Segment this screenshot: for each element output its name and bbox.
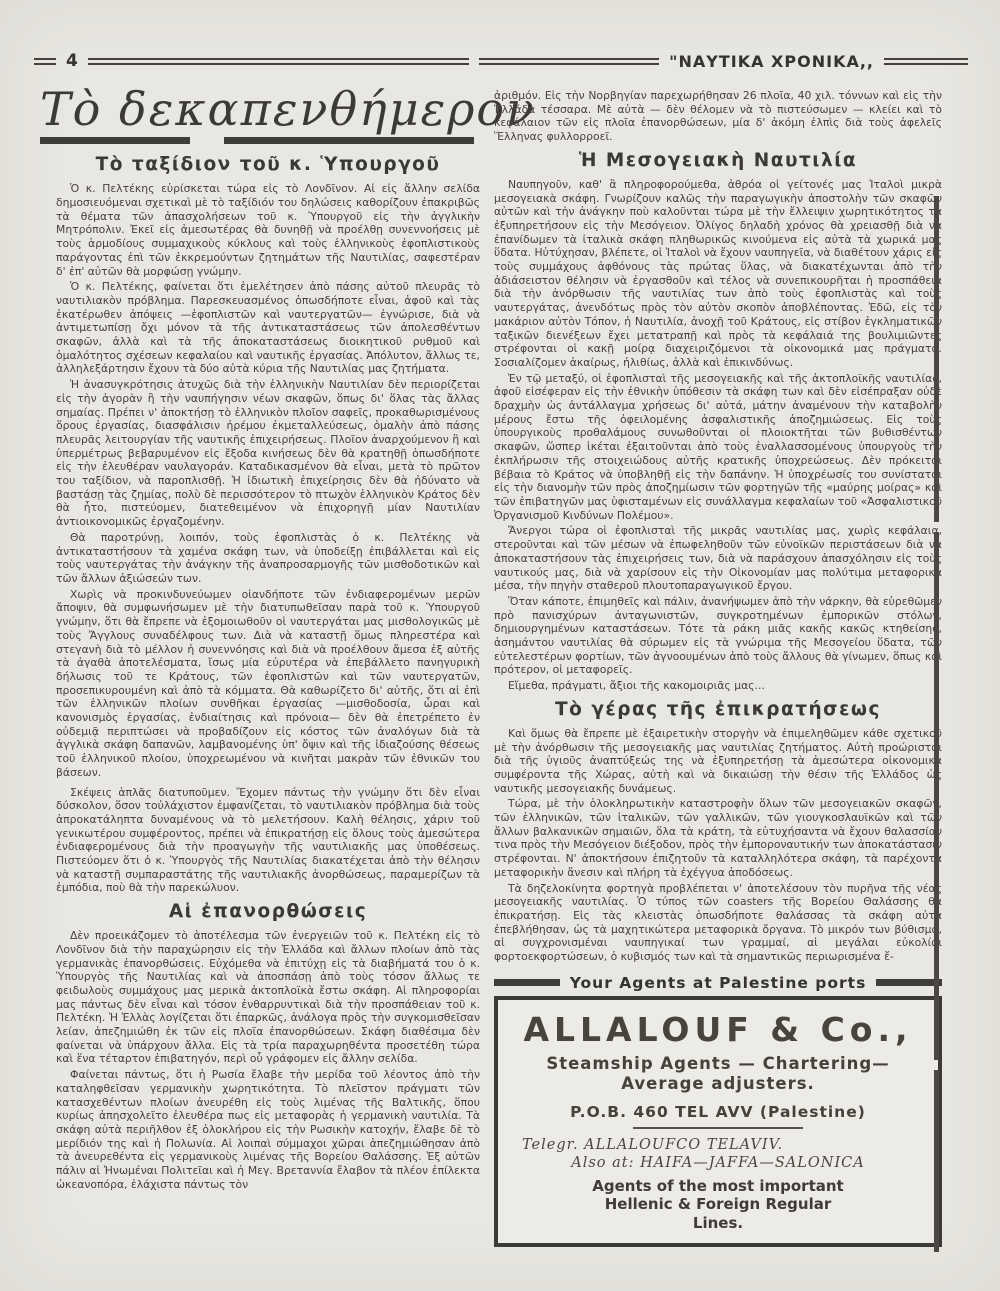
ad-company-name: ALLALOUF & Co., [508,1012,928,1048]
header-rule-main [88,58,469,65]
right-edge-rule-middle [934,532,939,1060]
right-column: ἀριθμόν. Εἰς τὴν Νορβηγίαν παρεχωρήθησαν… [494,85,942,1247]
ad-banner: Your Agents at Palestine ports [494,974,942,992]
ad-banner-bar-right [876,979,942,986]
body-paragraph: Φαίνεται πάντως, ὅτι ἡ Ρωσία ἔλαβε τὴν μ… [56,1068,480,1191]
body-paragraph: Τώρα, μὲ τὴν ὁλοκληρωτικὴν καταστροφὴν ὅ… [494,797,942,879]
masthead-title: "ΝΑΥΤΙΚΑ ΧΡΟΝΙΚΑ,, [669,52,874,71]
ad-tagline-2: Average adjusters. [508,1074,928,1094]
ad-footer: Agents of the most important Hellenic & … [508,1177,928,1233]
body-paragraph: Ἐν τῷ μεταξύ, οἱ ἐφοπλισταὶ τῆς μεσογεια… [494,372,942,523]
body-paragraph: Χωρὶς νὰ προκινδυνεύωμεν οἱανδήποτε τῶν … [56,588,480,780]
article-columns: Τὸ δεκαπενθήμερον Τὸ ταξίδιον τοῦ κ. Ὑπο… [0,71,1000,1247]
header-rule-right [884,58,968,65]
right-edge-rule-top [934,196,939,522]
ad-banner-bar-left [494,979,560,986]
body-paragraph: Ὁ κ. Πελτέκης, φαίνεται ὅτι ἐμελέτησεν ἀ… [56,280,480,376]
section-heading-ministers-trip: Τὸ ταξίδιον τοῦ κ. Ὑπουργοῦ [56,154,480,175]
header-rule-mid [479,58,659,65]
ad-footer-line-3: Lines. [508,1214,928,1233]
left-column: Τὸ δεκαπενθήμερον Τὸ ταξίδιον τοῦ κ. Ὑπο… [56,85,480,1247]
body-paragraph: Τὰ δηζελοκίνητα φορτηγὰ προβλέπεται ν' ἀ… [494,882,942,964]
body-paragraph: Θὰ παροτρύνῃ, λοιπόν, τοὺς ἐφοπλιστὰς ὁ … [56,531,480,586]
body-paragraph: Ἡ ἀνασυγκρότησις ἀτυχῶς διὰ τὴν ἑλληνικὴ… [56,378,480,529]
body-paragraph: Καὶ ὅμως θὰ ἔπρεπε μὲ ἐξαιρετικὴν στοργὴ… [494,727,942,796]
ad-banner-text: Your Agents at Palestine ports [570,974,867,992]
ad-footer-line-1: Agents of the most important [508,1177,928,1196]
header-rule-left [34,58,56,65]
section-heading-mediterranean-shipping: Ἡ Μεσογειακὴ Ναυτιλία [494,150,942,171]
newspaper-page: 4 "ΝΑΥΤΙΚΑ ΧΡΟΝΙΚΑ,, Τὸ δεκαπενθήμερον Τ… [0,0,1000,1291]
headline-underline-bar-1 [40,137,190,144]
right-edge-rule-bottom [934,1070,939,1252]
headline-script-title: Τὸ δεκαπενθήμερον [40,85,480,133]
page-header: 4 "ΝΑΥΤΙΚΑ ΧΡΟΝΙΚΑ,, [0,0,1000,71]
ad-address: P.O.B. 460 TEL AVV (Palestine) [508,1103,928,1121]
headline-underline [40,137,480,144]
headline-underline-bar-2 [224,137,474,144]
body-paragraph: Ἄνεργοι τώρα οἱ ἐφοπλισταὶ τῆς μικρᾶς να… [494,524,942,593]
body-paragraph: Δὲν προεικάζομεν τὸ ἀποτέλεσμα τῶν ἐνεργ… [56,929,480,1066]
body-paragraph: Ὅταν κάποτε, ἐπιμηθεῖς καὶ πάλιν, ἀνανήψ… [494,595,942,677]
ad-also-at: Also at: HAIFA—JAFFA—SALONICA [508,1155,928,1171]
body-paragraph-continuation: ἀριθμόν. Εἰς τὴν Νορβηγίαν παρεχωρήθησαν… [494,89,942,144]
section-heading-reparations: Αἱ ἐπανορθώσεις [56,901,480,922]
body-paragraph: Ναυπηγοῦν, καθ' ἃ πληροφορούμεθα, ἀθρόα … [494,178,942,370]
body-paragraph: Σκέψεις ἁπλᾶς διατυποῦμεν. Ἔχομεν πάντως… [56,786,480,896]
body-paragraph: Ὁ κ. Πελτέκης εὑρίσκεται τώρα εἰς τὸ Λον… [56,182,480,278]
section-heading-prize-of-prevalence: Τὸ γέρας τῆς ἐπικρατήσεως [494,699,942,720]
ad-telegraph-address: Telegr. ALLALOUFCO TELAVIV. [508,1137,928,1153]
page-number: 4 [66,53,78,70]
allalouf-advertisement: ALLALOUF & Co., Steamship Agents — Chart… [494,996,942,1247]
ad-separator-rule [633,1127,803,1129]
ad-footer-line-2: Hellenic & Foreign Regular [508,1195,928,1214]
body-paragraph: Εἴμεθα, πράγματι, ἄξιοι τῆς κακομοιριᾶς … [494,679,942,693]
ad-tagline-1: Steamship Agents — Chartering— [508,1054,928,1074]
